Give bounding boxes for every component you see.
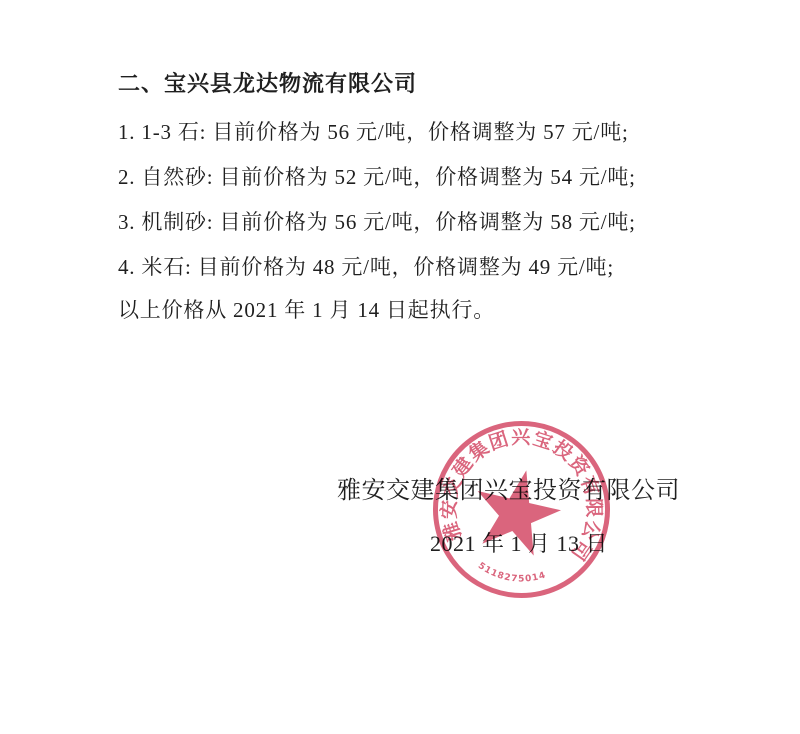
price-line-3: 3. 机制砂: 目前价格为 56 元/吨，价格调整为 58 元/吨;: [118, 209, 636, 235]
document-title: 二、宝兴县龙达物流有限公司: [118, 71, 417, 97]
price-line-2: 2. 自然砂: 目前价格为 52 元/吨，价格调整为 54 元/吨;: [118, 164, 636, 190]
document-page: 二、宝兴县龙达物流有限公司 1. 1-3 石: 目前价格为 56 元/吨，价格调…: [0, 0, 800, 734]
effective-date-line: 以上价格从 2021 年 1 月 14 日起执行。: [118, 297, 495, 323]
seal-group: 雅安交建集团兴宝投资有限公司 5118275014388: [411, 399, 625, 608]
seal-star-icon: [466, 461, 568, 560]
price-line-4: 4. 米石: 目前价格为 48 元/吨，价格调整为 49 元/吨;: [118, 254, 614, 280]
price-line-1: 1. 1-3 石: 目前价格为 56 元/吨，价格调整为 57 元/吨;: [118, 119, 629, 145]
company-seal-stamp: 雅安交建集团兴宝投资有限公司 5118275014388: [411, 399, 632, 620]
